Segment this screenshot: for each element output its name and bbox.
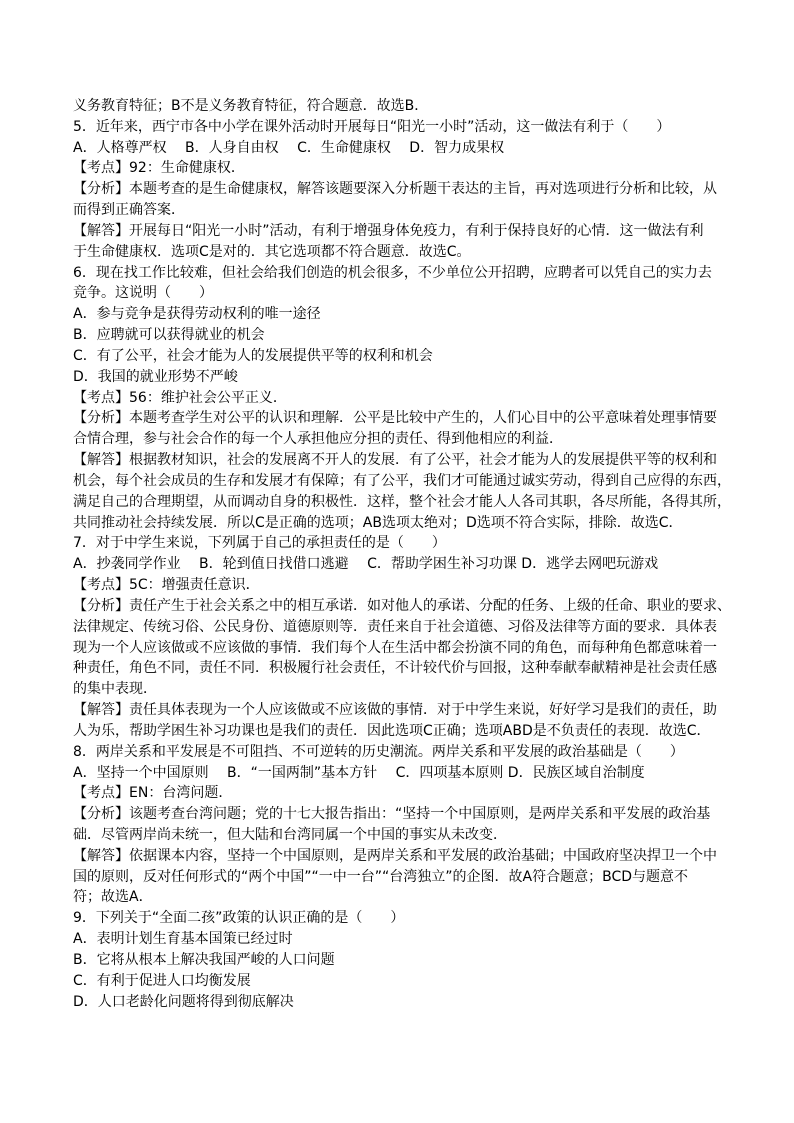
text: 国的原则，反对任何形式的“两个中国”“一中一台”“台湾独立”的企图．故A符合题意… xyxy=(73,869,688,885)
text: 【分析】本题考查学生对公平的认识和理解．公平是比较中产生的，人们心目中的公平意味… xyxy=(73,410,717,426)
question-9-option-a: A．表明计划生育基本国策已经过时 xyxy=(73,929,733,950)
text: 础．尽管两岸尚未统一，但大陆和台湾同属一个中国的事实从未改变． xyxy=(73,827,507,843)
text: 【考点】5C：增强责任意识． xyxy=(73,577,260,593)
text: 种责任，角色不同，责任不同．积极履行社会责任，不计较代价与回报，这种奉献奉献精神… xyxy=(73,660,717,676)
question-8-analysis: 【分析】该题考查台湾问题；党的十七大报告指出：“坚持一个中国原则，是两岸关系和平… xyxy=(73,804,733,825)
text: D．人口老龄化问题将得到彻底解决 xyxy=(73,994,294,1010)
question-6-answer-cont-1: 机会，每个社会成员的生存和发展才有保障；有了公平，我们才可能通过诚实劳动，得到自… xyxy=(73,471,733,492)
question-9-option-d: D．人口老龄化问题将得到彻底解决 xyxy=(73,992,733,1013)
question-7-answer: 【解答】责任具体表现为一个人应该做或不应该做的事情．对于中学生来说，好好学习是我… xyxy=(73,700,733,721)
question-6-option-c: C．有了公平，社会才能为人的发展提供平等的权利和机会 xyxy=(73,346,733,367)
text: D．我国的就业形势不严峻 xyxy=(73,369,238,385)
text: 竞争。这说明（ ） xyxy=(73,285,213,301)
text: 【分析】本题考查的是生命健康权，解答该题要深入分析题干表达的主旨，再对选项进行分… xyxy=(73,181,717,197)
text: A．抄袭同学作业 B．轮到值日找借口逃避 C．帮助学困生补习功课 D．逃学去网吧… xyxy=(73,556,658,572)
question-8-answer: 【解答】依据课本内容，坚持一个中国原则，是两岸关系和平发展的政治基础；中国政府坚… xyxy=(73,846,733,867)
question-6-stem: 6．现在找工作比较难，但社会给我们创造的机会很多，不少单位公开招聘，应聘者可以凭… xyxy=(73,263,733,284)
document-page: 义务教育特征；B不是义务教育特征，符合题意．故选B． 5．近年来，西宁市各中小学… xyxy=(73,96,733,1012)
text: 机会，每个社会成员的生存和发展才有保障；有了公平，我们才可能通过诚实劳动，得到自… xyxy=(73,473,731,489)
text: 义务教育特征；B不是义务教育特征，符合题意．故选B． xyxy=(73,98,428,114)
text: 人为乐，帮助学困生补习功课也是我们的责任．因此选项C正确；选项ABD是不负责任的… xyxy=(73,723,711,739)
text: 7．对于中学生来说，下列属于自己的承担责任的是（ ） xyxy=(73,535,446,551)
question-7-kaodian: 【考点】5C：增强责任意识． xyxy=(73,575,733,596)
text: 【考点】92：生命健康权． xyxy=(73,160,245,176)
text: 【解答】开展每日“阳光一小时”活动，有利于增强身体免疫力，有利于保持良好的心情．… xyxy=(73,223,704,239)
question-6-option-d: D．我国的就业形势不严峻 xyxy=(73,367,733,388)
text: 【分析】该题考查台湾问题；党的十七大报告指出：“坚持一个中国原则，是两岸关系和平… xyxy=(73,806,710,822)
question-8-options: A．坚持一个中国原则 B．“一国两制”基本方针 C．四项基本原则 D．民族区域自… xyxy=(73,763,733,784)
question-7-stem: 7．对于中学生来说，下列属于自己的承担责任的是（ ） xyxy=(73,533,733,554)
text: 5．近年来，西宁市各中小学在课外活动时开展每日“阳光一小时”活动，这一做法有利于… xyxy=(73,119,670,135)
question-6-option-b: B．应聘就可以获得就业的机会 xyxy=(73,325,733,346)
question-7-analysis: 【分析】责任产生于社会关系之中的相互承诺．如对他人的承诺、分配的任务、上级的任命… xyxy=(73,596,733,617)
text: 现为一个人应该做或不应该做的事情．我们每个人在生活中都会扮演不同的角色，而每种角… xyxy=(73,640,717,656)
text: 合情合理，参与社会合作的每一个人承担他应分担的责任、得到他相应的利益． xyxy=(73,431,563,447)
question-7-answer-cont: 人为乐，帮助学困生补习功课也是我们的责任．因此选项C正确；选项ABD是不负责任的… xyxy=(73,721,733,742)
text: 的集中表现． xyxy=(73,681,157,697)
question-6-analysis-cont: 合情合理，参与社会合作的每一个人承担他应分担的责任、得到他相应的利益． xyxy=(73,429,733,450)
text: 法律规定、传统习俗、公民身份、道德原则等．责任来自于社会道德、习俗及法律等方面的… xyxy=(73,619,717,635)
text: 【解答】责任具体表现为一个人应该做或不应该做的事情．对于中学生来说，好好学习是我… xyxy=(73,702,717,718)
text: 6．现在找工作比较难，但社会给我们创造的机会很多，不少单位公开招聘，应聘者可以凭… xyxy=(73,265,712,281)
text: 【考点】56：维护社会公平正义． xyxy=(73,390,287,406)
question-6-stem-cont: 竞争。这说明（ ） xyxy=(73,283,733,304)
question-6-option-a: A．参与竞争是获得劳动权利的唯一途径 xyxy=(73,304,733,325)
question-9-option-c: C．有利于促进人口均衡发展 xyxy=(73,971,733,992)
text: 于生命健康权．选项C是对的．其它选项都不符合题意．故选C。 xyxy=(73,244,471,260)
question-6-answer-cont-3: 共同推动社会持续发展．所以C是正确的选项；AB选项太绝对；D选项不符合实际，排除… xyxy=(73,513,733,534)
question-6-answer-cont-2: 满足自己的合理期望，从而调动自身的积极性．这样，整个社会才能人人各司其职，各尽所… xyxy=(73,492,733,513)
text: A．表明计划生育基本国策已经过时 xyxy=(73,931,293,947)
text: 8．两岸关系和平发展是不可阻挡、不可逆转的历史潮流。两岸关系和平发展的政治基础是… xyxy=(73,744,684,760)
question-5-kaodian: 【考点】92：生命健康权． xyxy=(73,158,733,179)
text: 【考点】EN：台湾问题． xyxy=(73,785,232,801)
question-7-analysis-cont-2: 现为一个人应该做或不应该做的事情．我们每个人在生活中都会扮演不同的角色，而每种角… xyxy=(73,638,733,659)
question-7-analysis-cont-3: 种责任，角色不同，责任不同．积极履行社会责任，不计较代价与回报，这种奉献奉献精神… xyxy=(73,658,733,679)
text-line-q4-answer-tail: 义务教育特征；B不是义务教育特征，符合题意．故选B． xyxy=(73,96,733,117)
text: A．参与竞争是获得劳动权利的唯一途径 xyxy=(73,306,321,322)
text: A．坚持一个中国原则 B．“一国两制”基本方针 C．四项基本原则 D．民族区域自… xyxy=(73,765,645,781)
question-8-stem: 8．两岸关系和平发展是不可阻挡、不可逆转的历史潮流。两岸关系和平发展的政治基础是… xyxy=(73,742,733,763)
question-5-analysis: 【分析】本题考查的是生命健康权，解答该题要深入分析题干表达的主旨，再对选项进行分… xyxy=(73,179,733,200)
text: 满足自己的合理期望，从而调动自身的积极性．这样，整个社会才能人人各司其职，各尽所… xyxy=(73,494,731,510)
question-6-kaodian: 【考点】56：维护社会公平正义． xyxy=(73,388,733,409)
question-7-options: A．抄袭同学作业 B．轮到值日找借口逃避 C．帮助学困生补习功课 D．逃学去网吧… xyxy=(73,554,733,575)
question-5-answer-cont: 于生命健康权．选项C是对的．其它选项都不符合题意．故选C。 xyxy=(73,242,733,263)
text: 【解答】根据教材知识，社会的发展离不开人的发展．有了公平，社会才能为人的发展提供… xyxy=(73,452,717,468)
question-9-stem: 9．下列关于“全面二孩”政策的认识正确的是（ ） xyxy=(73,908,733,929)
text: A．人格尊严权 B．人身自由权 C．生命健康权 D．智力成果权 xyxy=(73,140,504,156)
question-9-option-b: B．它将从根本上解决我国严峻的人口问题 xyxy=(73,950,733,971)
question-8-answer-cont-1: 国的原则，反对任何形式的“两个中国”“一中一台”“台湾独立”的企图．故A符合题意… xyxy=(73,867,733,888)
question-5-stem: 5．近年来，西宁市各中小学在课外活动时开展每日“阳光一小时”活动，这一做法有利于… xyxy=(73,117,733,138)
text: B．应聘就可以获得就业的机会 xyxy=(73,327,265,343)
question-7-analysis-cont-4: 的集中表现． xyxy=(73,679,733,700)
text: 9．下列关于“全面二孩”政策的认识正确的是（ ） xyxy=(73,910,404,926)
question-7-analysis-cont-1: 法律规定、传统习俗、公民身份、道德原则等．责任来自于社会道德、习俗及法律等方面的… xyxy=(73,617,733,638)
question-5-analysis-cont: 而得到正确答案． xyxy=(73,200,733,221)
question-6-answer: 【解答】根据教材知识，社会的发展离不开人的发展．有了公平，社会才能为人的发展提供… xyxy=(73,450,733,471)
text: 【解答】依据课本内容，坚持一个中国原则，是两岸关系和平发展的政治基础；中国政府坚… xyxy=(73,848,717,864)
text: C．有了公平，社会才能为人的发展提供平等的权利和机会 xyxy=(73,348,433,364)
text: C．有利于促进人口均衡发展 xyxy=(73,973,251,989)
text: 符；故选A． xyxy=(73,889,153,905)
question-5-options: A．人格尊严权 B．人身自由权 C．生命健康权 D．智力成果权 xyxy=(73,138,733,159)
question-8-kaodian: 【考点】EN：台湾问题． xyxy=(73,783,733,804)
text: 共同推动社会持续发展．所以C是正确的选项；AB选项太绝对；D选项不符合实际，排除… xyxy=(73,515,683,531)
text: B．它将从根本上解决我国严峻的人口问题 xyxy=(73,952,335,968)
text: 而得到正确答案． xyxy=(73,202,185,218)
question-6-analysis: 【分析】本题考查学生对公平的认识和理解．公平是比较中产生的，人们心目中的公平意味… xyxy=(73,408,733,429)
question-5-answer: 【解答】开展每日“阳光一小时”活动，有利于增强身体免疫力，有利于保持良好的心情．… xyxy=(73,221,733,242)
question-8-analysis-cont: 础．尽管两岸尚未统一，但大陆和台湾同属一个中国的事实从未改变． xyxy=(73,825,733,846)
question-8-answer-cont-2: 符；故选A． xyxy=(73,887,733,908)
text: 【分析】责任产生于社会关系之中的相互承诺．如对他人的承诺、分配的任务、上级的任命… xyxy=(73,598,731,614)
